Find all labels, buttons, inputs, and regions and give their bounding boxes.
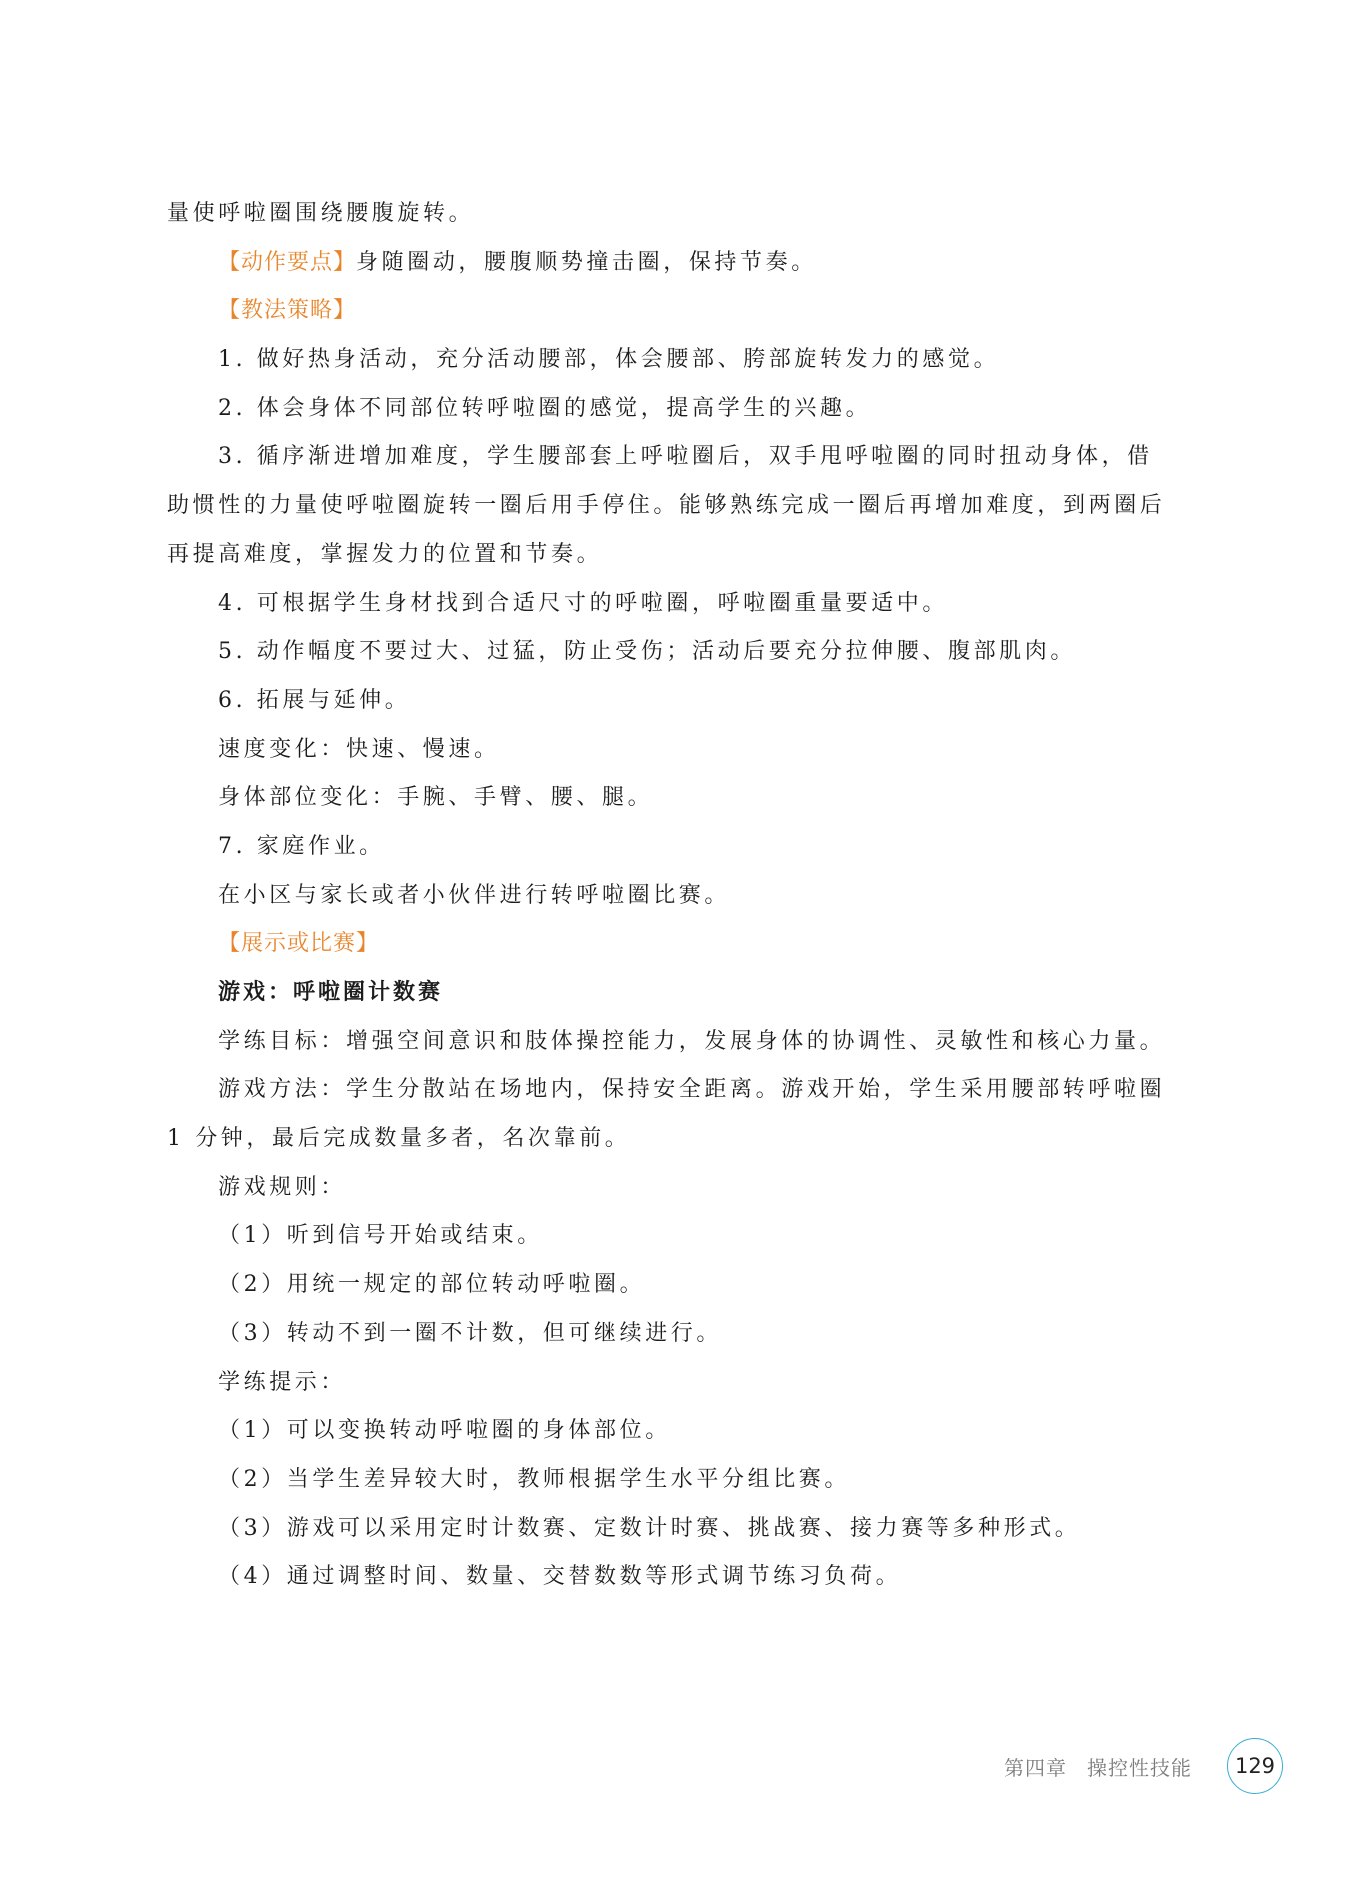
game-method-cont: 1 分钟，最后完成数量多者，名次靠前。 <box>167 1115 1197 1164</box>
strategy-item-7: 7. 家庭作业。 <box>167 823 1197 872</box>
game-method: 游戏方法：学生分散站在场地内，保持安全距离。游戏开始，学生采用腰部转呼啦圈 <box>167 1066 1197 1115</box>
strategy-item-5: 5. 动作幅度不要过大、过猛，防止受伤；活动后要充分拉伸腰、腹部肌肉。 <box>167 628 1197 677</box>
strategy-item-4: 4. 可根据学生身材找到合适尺寸的呼啦圈，呼啦圈重量要适中。 <box>167 580 1197 629</box>
extension-body-part: 身体部位变化：手腕、手臂、腰、腿。 <box>167 774 1197 823</box>
running-footer: 第四章操控性技能 <box>1004 1752 1192 1781</box>
tip-item-4: （4）通过调整时间、数量、交替数数等形式调节练习负荷。 <box>167 1553 1197 1602</box>
strategy-item-3: 3. 循序渐进增加难度，学生腰部套上呼啦圈后，双手甩呼啦圈的同时扭动身体，借 <box>167 433 1197 482</box>
action-points: 【动作要点】身随圈动，腰腹顺势撞击圈，保持节奏。 <box>167 239 1197 288</box>
page-number: 129 <box>1235 1754 1275 1778</box>
competition-label: 【展示或比赛】 <box>167 920 1197 969</box>
section-label: 操控性技能 <box>1087 1756 1192 1780</box>
strategy-item-3-cont: 再提高难度，掌握发力的位置和节奏。 <box>167 531 1197 580</box>
tip-item-2: （2）当学生差异较大时，教师根据学生水平分组比赛。 <box>167 1456 1197 1505</box>
strategy-item-2: 2. 体会身体不同部位转呼啦圈的感觉，提高学生的兴趣。 <box>167 385 1197 434</box>
game-goal: 学练目标：增强空间意识和肢体操控能力，发展身体的协调性、灵敏性和核心力量。 <box>167 1018 1197 1067</box>
teaching-strategy-label: 【教法策略】 <box>167 287 1197 336</box>
action-points-label: 【动作要点】 <box>218 250 356 275</box>
rule-item-3: （3）转动不到一圈不计数，但可继续进行。 <box>167 1310 1197 1359</box>
chapter-label: 第四章 <box>1004 1756 1067 1780</box>
strategy-item-3-cont: 助惯性的力量使呼啦圈旋转一圈后用手停住。能够熟练完成一圈后再增加难度，到两圈后 <box>167 482 1197 531</box>
body-text: 量使呼啦圈围绕腰腹旋转。 【动作要点】身随圈动，腰腹顺势撞击圈，保持节奏。 【教… <box>167 190 1197 1602</box>
homework-text: 在小区与家长或者小伙伴进行转呼啦圈比赛。 <box>167 872 1197 921</box>
rule-item-2: （2）用统一规定的部位转动呼啦圈。 <box>167 1261 1197 1310</box>
tips-title: 学练提示： <box>167 1359 1197 1408</box>
strategy-item-1: 1. 做好热身活动，充分活动腰部，体会腰部、胯部旋转发力的感觉。 <box>167 336 1197 385</box>
extension-speed: 速度变化：快速、慢速。 <box>167 726 1197 775</box>
document-page: 量使呼啦圈围绕腰腹旋转。 【动作要点】身随圈动，腰腹顺势撞击圈，保持节奏。 【教… <box>0 0 1359 1891</box>
game-title: 游戏：呼啦圈计数赛 <box>167 969 1197 1018</box>
tip-item-3: （3）游戏可以采用定时计数赛、定数计时赛、挑战赛、接力赛等多种形式。 <box>167 1505 1197 1554</box>
page-number-badge: 129 <box>1227 1738 1283 1794</box>
paragraph-continuation: 量使呼啦圈围绕腰腹旋转。 <box>167 190 1197 239</box>
strategy-item-6: 6. 拓展与延伸。 <box>167 677 1197 726</box>
rules-title: 游戏规则： <box>167 1164 1197 1213</box>
action-points-text: 身随圈动，腰腹顺势撞击圈，保持节奏。 <box>356 250 817 275</box>
tip-item-1: （1）可以变换转动呼啦圈的身体部位。 <box>167 1407 1197 1456</box>
rule-item-1: （1）听到信号开始或结束。 <box>167 1212 1197 1261</box>
